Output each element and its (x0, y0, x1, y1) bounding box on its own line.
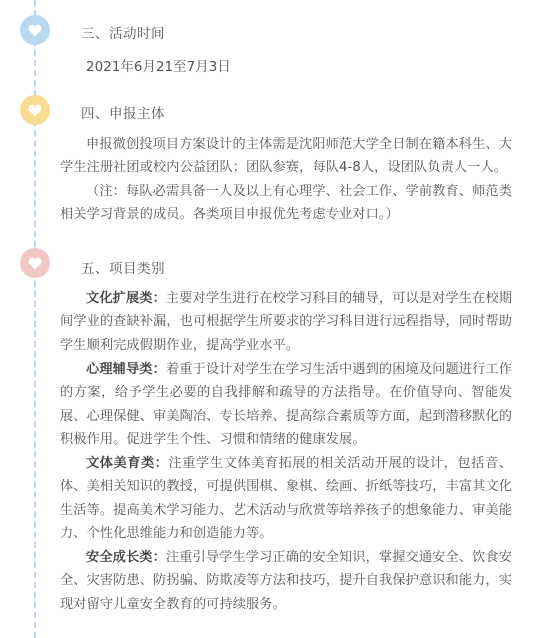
timeline-marker-applicant (20, 95, 50, 125)
category-culture-extension: 文化扩展类：主要对学生进行在校学习科目的辅导，可以是对学生在校期间学业的查缺补漏… (60, 287, 512, 357)
heart-icon (28, 257, 42, 270)
section-heading-applicant: 四、申报主体 (81, 102, 165, 122)
category-arts-sports: 文体美育类：注重学生文体美育拓展的相关活动开展的设计，包括音、体、美相关知识的教… (60, 452, 512, 545)
timeline-marker-project-categories (20, 248, 50, 278)
applicant-note-paragraph: （注：每队必需具备一人及以上有心理学、社会工作、学前教育、师范类相关学习背景的成… (60, 180, 512, 227)
section-heading-activity-time: 三、活动时间 (81, 22, 165, 42)
category-title: 心理辅导类： (86, 362, 166, 377)
heart-icon (28, 104, 42, 117)
applicant-paragraph: 申报微创投项目方案设计的主体需是沈阳师范大学全日制在籍本科生、大学生注册社团或校… (60, 133, 512, 180)
timeline-marker-activity-time (20, 15, 50, 45)
heart-icon (28, 24, 42, 37)
category-psychological-counseling: 心理辅导类：着重于设计对学生在学习生活中遇到的困境及问题进行工作的方案，给予学生… (60, 358, 512, 451)
category-safety-growth: 安全成长类：注重引导学生学习正确的安全知识，掌握交通安全、饮食安全、灾害防患、防… (60, 546, 512, 616)
activity-date-range: 2021年6月21至7月3日 (86, 55, 231, 75)
category-title: 文体美育类： (86, 456, 169, 471)
category-title: 文化扩展类： (86, 291, 166, 306)
section-heading-project-categories: 五、项目类别 (81, 257, 165, 277)
category-title: 安全成长类： (86, 550, 166, 565)
